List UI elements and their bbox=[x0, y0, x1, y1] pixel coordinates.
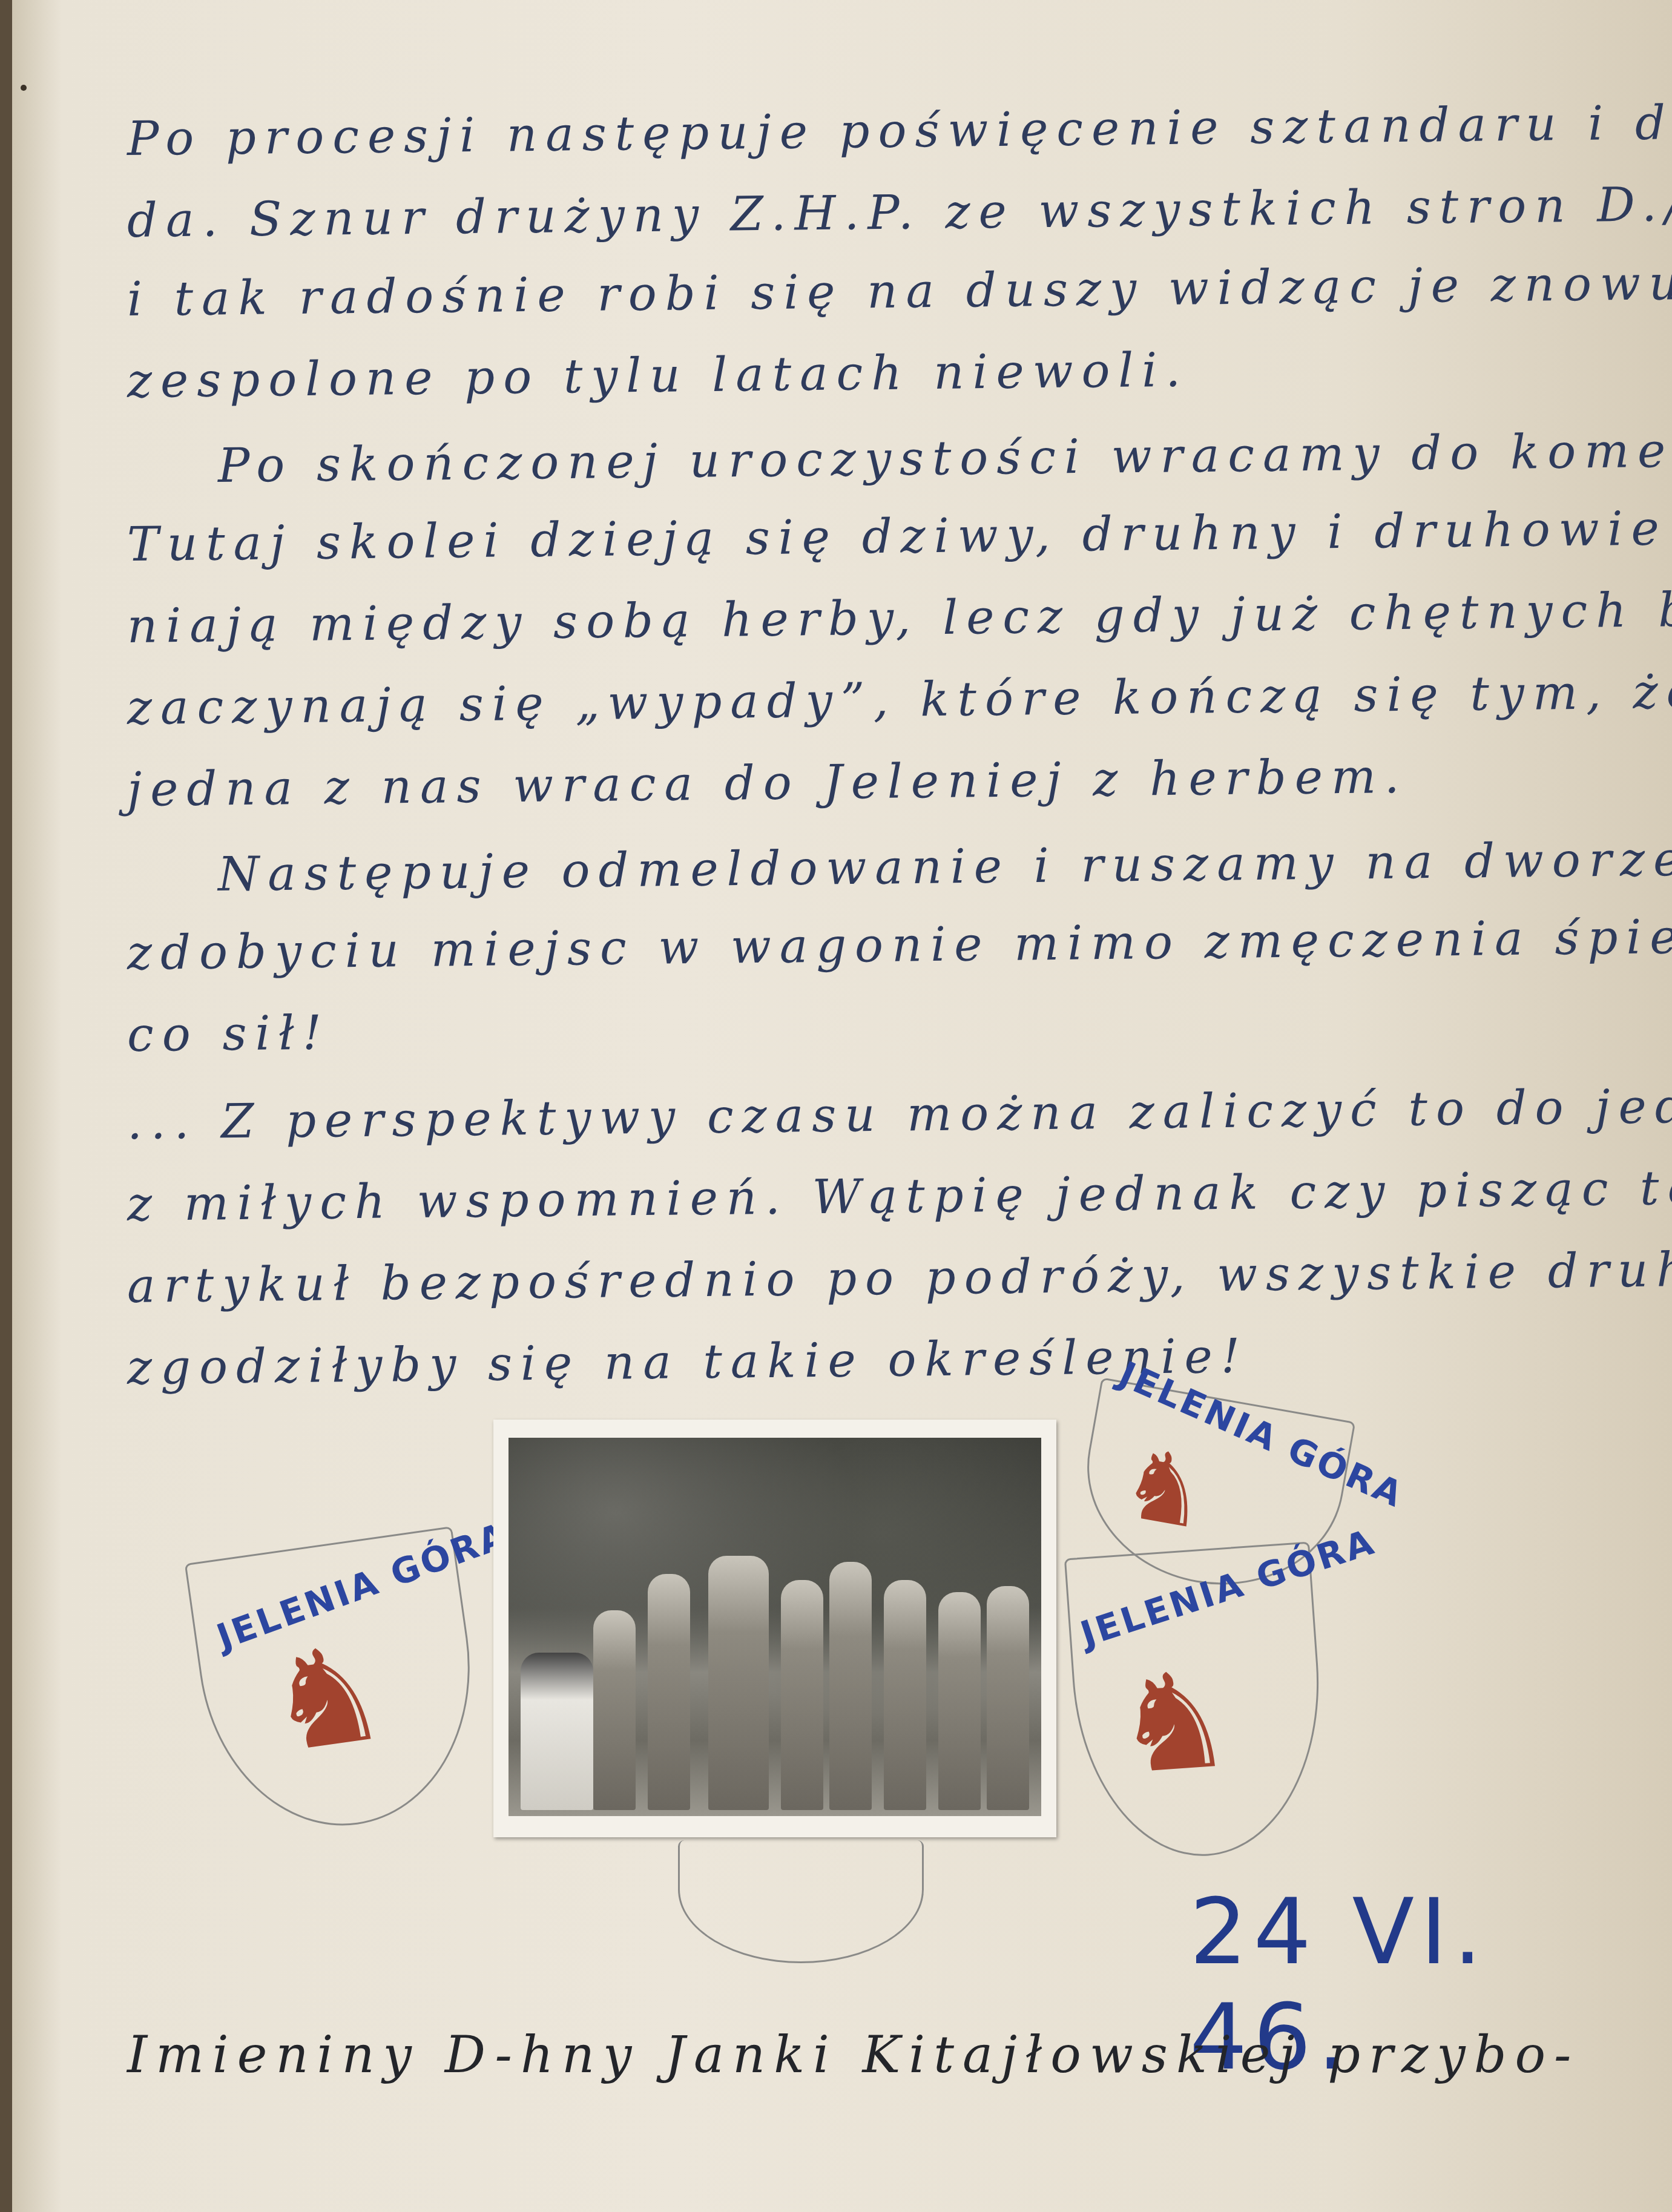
photo-image bbox=[509, 1438, 1041, 1816]
crest-left: JELENIA GÓRA ♞ bbox=[185, 1526, 492, 1843]
crest-right-bottom: JELENIA GÓRA ♞ bbox=[1064, 1541, 1331, 1864]
text-line: artykuł bezpośrednio po podróży, wszystk… bbox=[127, 1242, 1672, 1314]
text-line: z miłych wspomnień. Wątpię jednak czy pi… bbox=[127, 1160, 1672, 1232]
text-line: niają między sobą herby, lecz gdy już ch… bbox=[127, 582, 1672, 654]
text-line: Tutaj skolei dzieją się dziwy, druhny i … bbox=[127, 499, 1672, 572]
deer-icon: ♞ bbox=[1114, 1434, 1216, 1544]
text-line: zespolone po tylu latach niewoli. bbox=[127, 343, 1190, 409]
text-line: ... Z perspektywy czasu można zaliczyć t… bbox=[127, 1078, 1672, 1150]
text-line: jedna z nas wraca do Jeleniej z herbem. bbox=[127, 749, 1409, 817]
text-line: da. Sznur drużyny Z.H.P. ze wszystkich s… bbox=[127, 175, 1672, 248]
next-entry-heading: Imieniny D-hny Janki Kitajłowskiej przyb… bbox=[127, 2025, 1580, 2084]
journal-page: Po procesji następuje poświęcenie sztand… bbox=[12, 0, 1672, 2212]
binding-hole bbox=[21, 85, 27, 91]
text-line: Po skończonej uroczystości wracamy do ko… bbox=[218, 423, 1672, 493]
deer-icon: ♞ bbox=[258, 1624, 395, 1773]
text-line: co sił! bbox=[127, 1006, 331, 1062]
crest-sketch-bottom bbox=[678, 1840, 924, 1963]
text-line: Następuje odmeldowanie i ruszamy na dwor… bbox=[218, 831, 1672, 902]
deer-icon: ♞ bbox=[1110, 1652, 1238, 1793]
text-line: zdobyciu miejsc w wagonie mimo zmęczenia… bbox=[127, 908, 1672, 981]
text-line: zgodziłyby się na takie określenie! bbox=[127, 1329, 1249, 1395]
text-line: Po procesji następuje poświęcenie sztand… bbox=[127, 94, 1672, 166]
text-line: zaczynają się „wypady”, które kończą się… bbox=[127, 663, 1672, 736]
photo-scouts bbox=[493, 1420, 1056, 1837]
text-line: i tak radośnie robi się na duszy widząc … bbox=[127, 256, 1672, 327]
